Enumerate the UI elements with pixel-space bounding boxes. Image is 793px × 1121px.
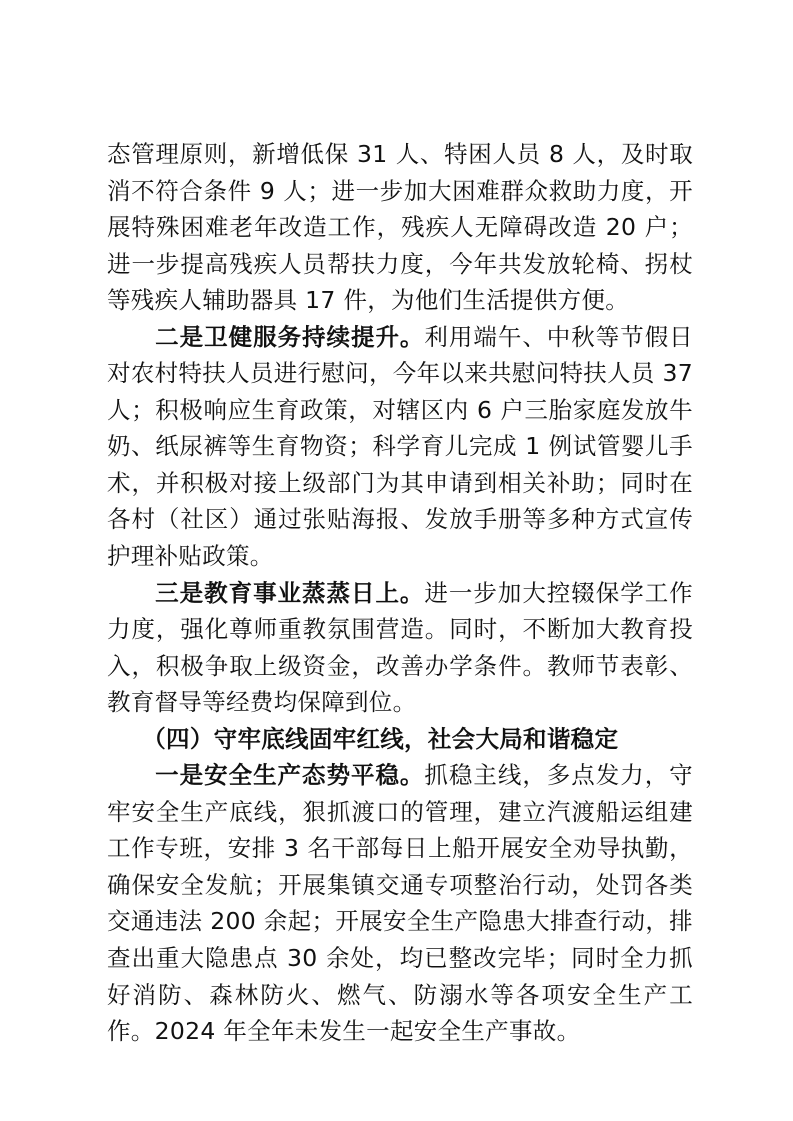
- paragraph-health-services: 二是卫健服务持续提升。利用端午、中秋等节假日对农村特扶人员进行慰问，今年以来共慰…: [107, 319, 693, 575]
- paragraph-lead-bold: 二是卫健服务持续提升。: [155, 323, 424, 351]
- document-page: 态管理原则，新增低保 31 人、特困人员 8 人，及时取消不符合条件 9 人；进…: [107, 136, 693, 1050]
- paragraph-safety-production: 一是安全生产态势平稳。抓稳主线，多点发力，守牢安全生产底线，狠抓渡口的管理，建立…: [107, 757, 693, 1049]
- paragraph-text: 利用端午、中秋等节假日对农村特扶人员进行慰问，今年以来共慰问特扶人员 37 人；…: [107, 323, 693, 570]
- section-heading: （四）守牢底线固牢红线，社会大局和谐稳定: [107, 721, 693, 758]
- paragraph-text: 抓稳主线，多点发力，守牢安全生产底线，狠抓渡口的管理，建立汽渡船运组建工作专班，…: [107, 761, 693, 1045]
- paragraph-lead-bold: 三是教育事业蒸蒸日上。: [155, 579, 424, 607]
- paragraph-education: 三是教育事业蒸蒸日上。进一步加大控辍保学工作力度，强化尊师重教氛围营造。同时，不…: [107, 575, 693, 721]
- paragraph-text: 态管理原则，新增低保 31 人、特困人员 8 人，及时取消不符合条件 9 人；进…: [107, 140, 693, 314]
- paragraph-lead-bold: 一是安全生产态势平稳。: [155, 761, 424, 789]
- paragraph-social-assistance: 态管理原则，新增低保 31 人、特困人员 8 人，及时取消不符合条件 9 人；进…: [107, 136, 693, 319]
